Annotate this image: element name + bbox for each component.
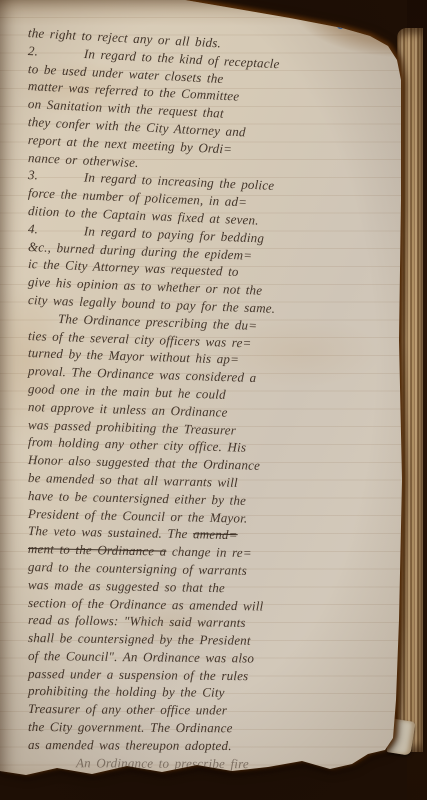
struck-through-text: amend= <box>193 527 238 543</box>
handwriting-text: have to be countersigned either by the <box>28 488 246 508</box>
struck-through-text: ment to the Ordinance a <box>28 541 167 559</box>
handwriting-text: the City government. The Ordinance <box>28 719 233 735</box>
paper-sheet: 61 the right to reject any or all bids.2… <box>0 0 427 800</box>
handwriting-text: as amended was thereupon adopted. <box>28 737 232 753</box>
ledger-page-photo: 61 the right to reject any or all bids.2… <box>0 0 427 800</box>
handwriting-text: change in re= <box>166 544 252 561</box>
handwriting-text: gard to the countersigning of warrants <box>28 559 247 578</box>
list-item-number: 4. <box>28 220 85 240</box>
handwriting-text: An Ordinance to prescribe fire <box>76 755 249 771</box>
handwriting-text: section of the Ordinance as amended will <box>28 595 264 614</box>
handwriting-text: shall be countersigned by the President <box>28 630 251 648</box>
paper-sheet-wrap: 61 the right to reject any or all bids.2… <box>0 0 427 800</box>
handwriting-text: The veto was sustained. The <box>28 523 193 541</box>
handwriting-text: prohibiting the holding by the City <box>28 683 225 700</box>
handwriting-line: the City government. The Ordinance <box>28 718 400 738</box>
handwriting-text: was made as suggested so that the <box>28 577 225 595</box>
handwriting-text: Treasurer of any other office under <box>28 701 227 718</box>
handwriting-lines: the right to reject any or all bids.2.In… <box>28 24 400 771</box>
handwriting-line: as amended was thereupon adopted. <box>28 736 400 756</box>
handwriting-text: passed under a suspension of the rules <box>28 666 249 683</box>
handwriting-line: An Ordinance to prescribe fire <box>28 754 400 774</box>
handwriting-text: of the Council". An Ordinance was also <box>28 648 254 666</box>
handwriting-text: read as follows: "Which said warrants <box>28 612 246 630</box>
